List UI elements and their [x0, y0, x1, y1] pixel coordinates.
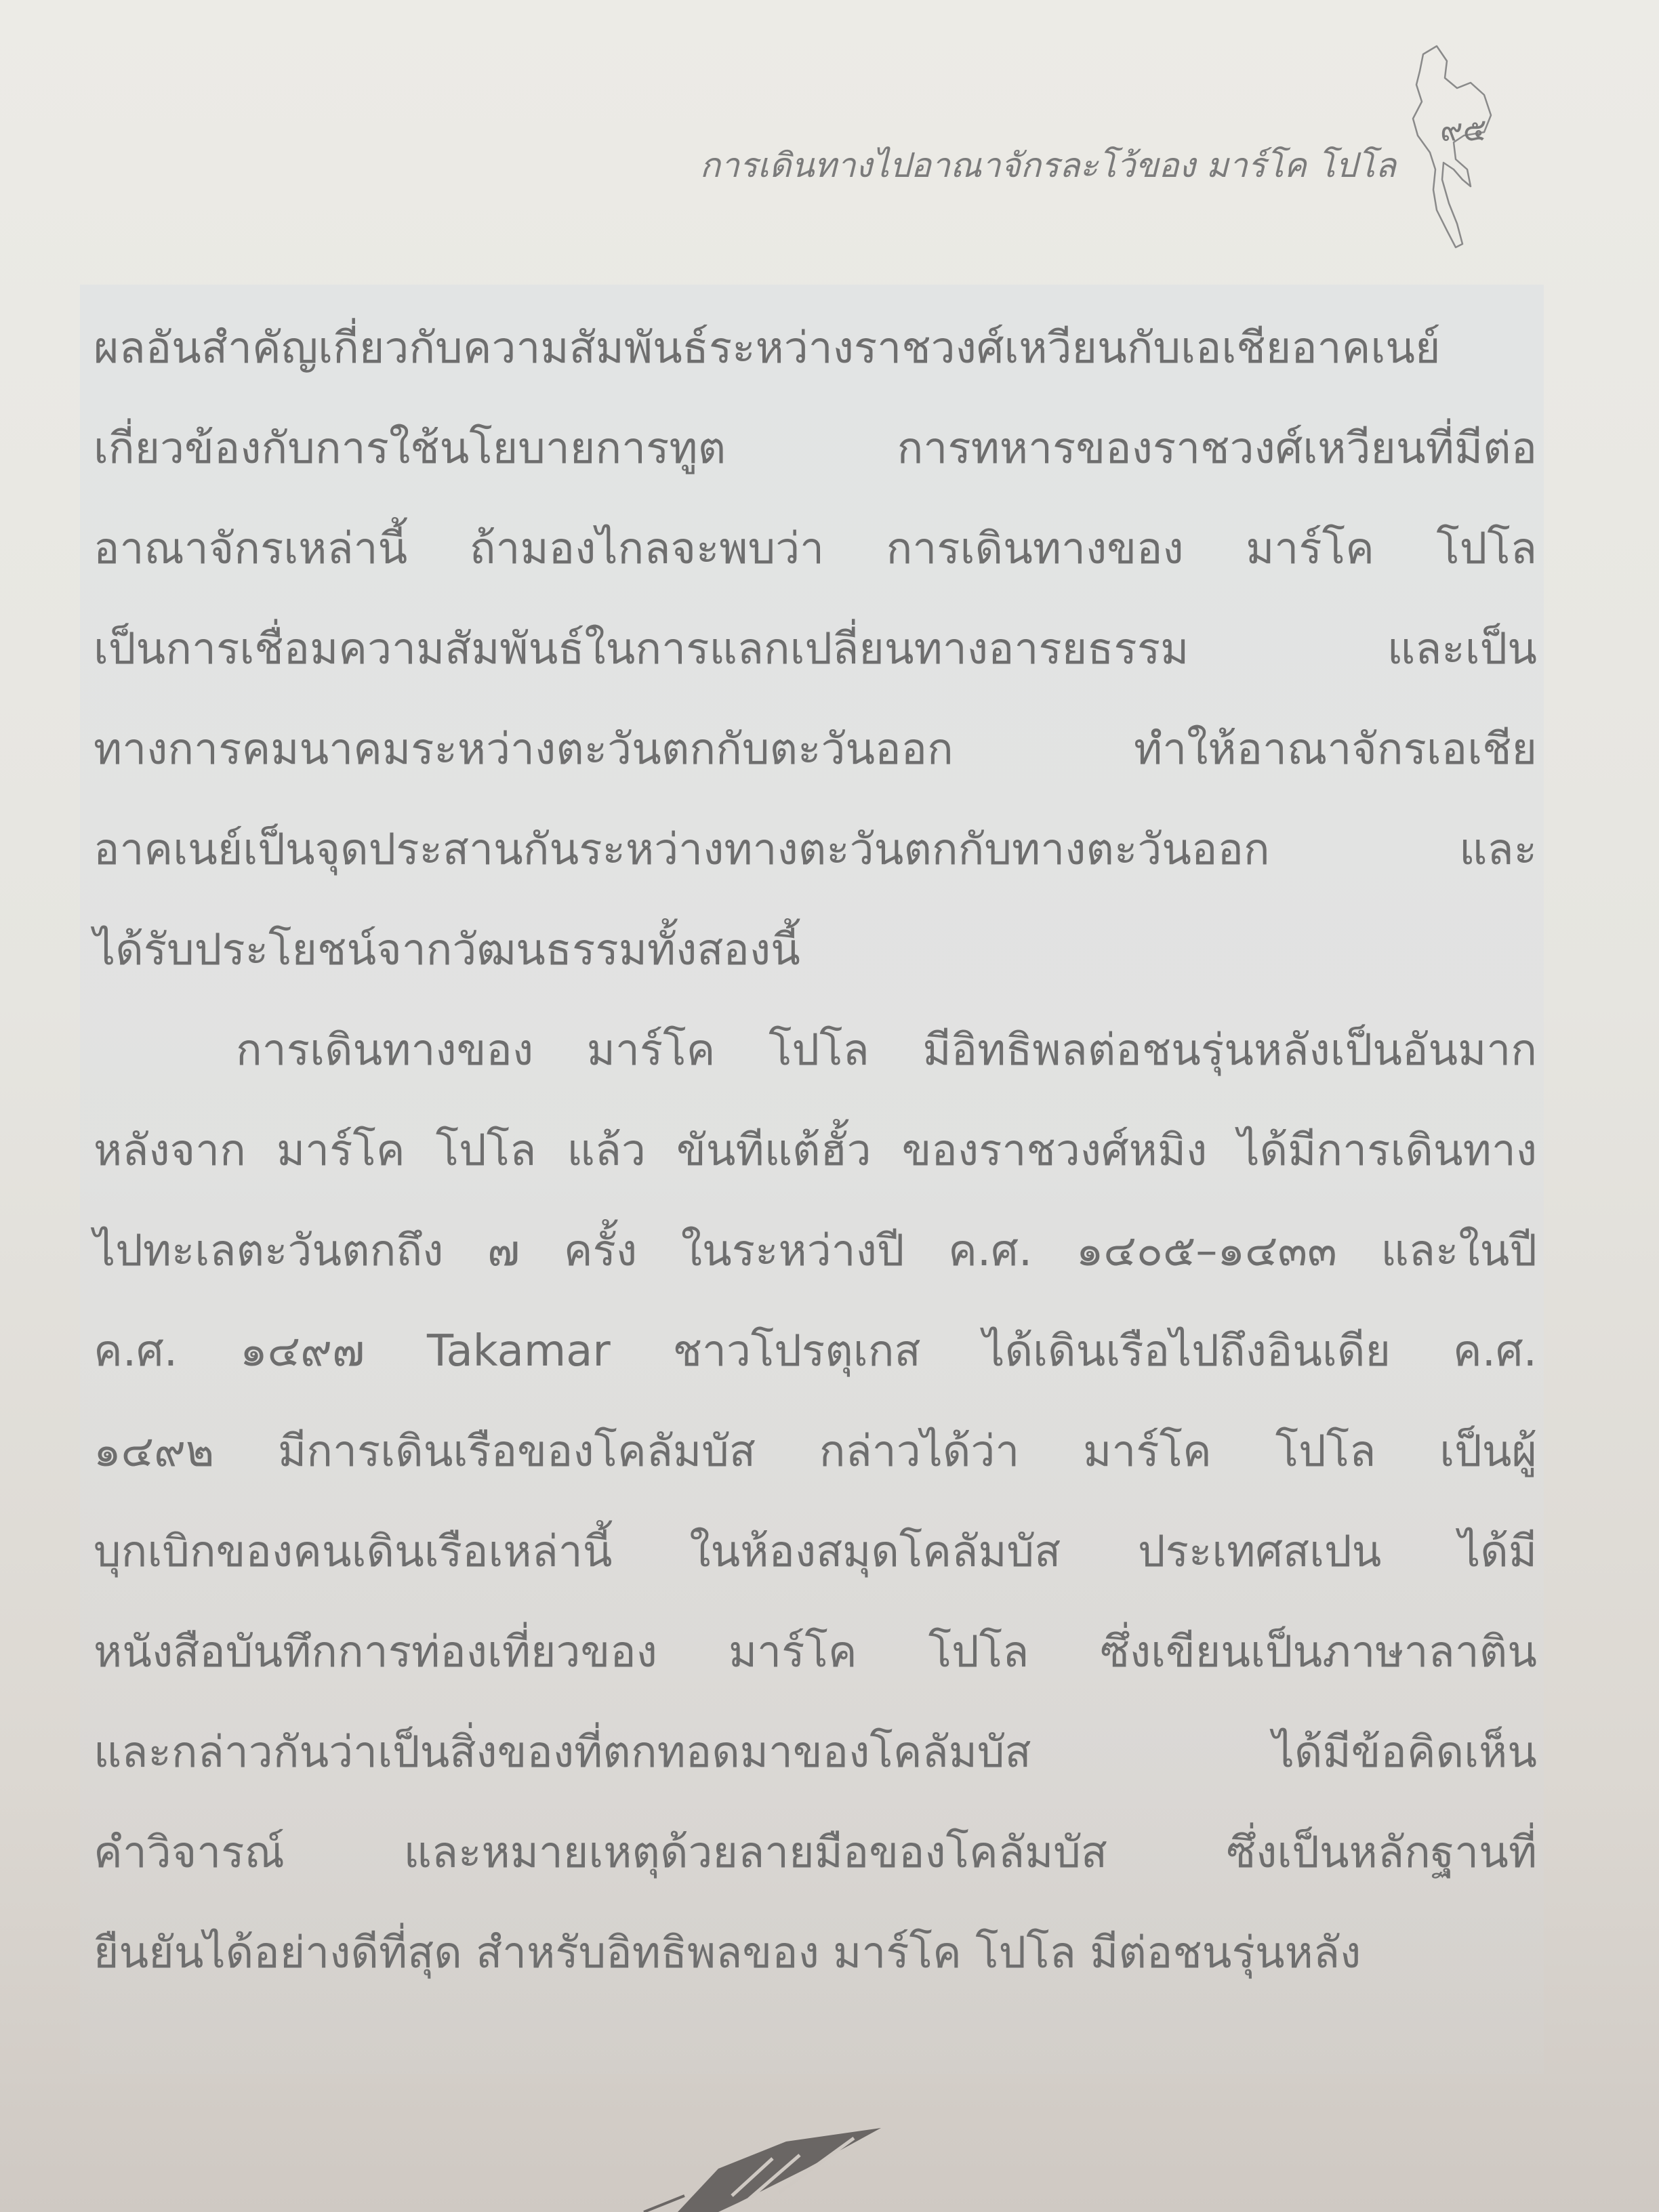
text-line: ได้รับประโยชน์จากวัฒนธรรมทั้งสองนี้ — [94, 900, 1537, 1000]
text-line: หลังจาก มาร์โค โปโล แล้ว ขันทีแต้ฮั้ว ขอ… — [94, 1101, 1537, 1201]
text-line: คำวิจารณ์ และหมายเหตุด้วยลายมือของโคลัมบ… — [94, 1803, 1537, 1903]
paragraph-1: ผลอันสำคัญเกี่ยวกับความสัมพันธ์ระหว่างรา… — [94, 298, 1537, 1000]
text-line: ไปทะเลตะวันตกถึง ๗ ครั้ง ในระหว่างปี ค.ศ… — [94, 1201, 1537, 1301]
text-line: ๑๔๙๒ มีการเดินเรือของโคลัมบัส กล่าวได้ว่… — [94, 1401, 1537, 1502]
text-line: ผลอันสำคัญเกี่ยวกับความสัมพันธ์ระหว่างรา… — [94, 298, 1537, 398]
text-line: ทางการคมนาคมระหว่างตะวันตกกับตะวันออก ทำ… — [94, 699, 1537, 800]
text-line: อาคเนย์เป็นจุดประสานกันระหว่างทางตะวันตก… — [94, 800, 1537, 900]
text-line: เกี่ยวข้องกับการใช้นโยบายการทูต การทหารข… — [94, 398, 1537, 499]
text-line: ยืนยันได้อย่างดีที่สุด สำหรับอิทธิพลของ … — [94, 1903, 1537, 2003]
text-line: หนังสือบันทึกการท่องเที่ยวของ มาร์โค โปโ… — [94, 1602, 1537, 1702]
body-text: ผลอันสำคัญเกี่ยวกับความสัมพันธ์ระหว่างรา… — [94, 298, 1537, 2003]
text-line: และกล่าวกันว่าเป็นสิ่งของที่ตกทอดมาของโค… — [94, 1702, 1537, 1803]
paragraph-2: การเดินทางของ มาร์โค โปโล มีอิทธิพลต่อชน… — [94, 1000, 1537, 2003]
text-line: ค.ศ. ๑๔๙๗ Takamar ชาวโปรตุเกส ได้เดินเรื… — [94, 1301, 1537, 1401]
quill-pen-ornament-icon — [583, 2128, 962, 2212]
text-line: การเดินทางของ มาร์โค โปโล มีอิทธิพลต่อชน… — [94, 1000, 1537, 1101]
text-line: อาณาจักรเหล่านี้ ถ้ามองไกลจะพบว่า การเดิ… — [94, 499, 1537, 599]
page-number: ๙๕ — [1440, 105, 1487, 155]
running-header-title: การเดินทางไปอาณาจักรละโว้ของ มาร์โค โปโล — [630, 139, 1396, 192]
book-page: การเดินทางไปอาณาจักรละโว้ของ มาร์โค โปโล… — [0, 0, 1659, 2212]
text-line: เป็นการเชื่อมความสัมพันธ์ในการแลกเปลี่ยน… — [94, 599, 1537, 699]
text-line: บุกเบิกของคนเดินเรือเหล่านี้ ในห้องสมุดโ… — [94, 1502, 1537, 1602]
